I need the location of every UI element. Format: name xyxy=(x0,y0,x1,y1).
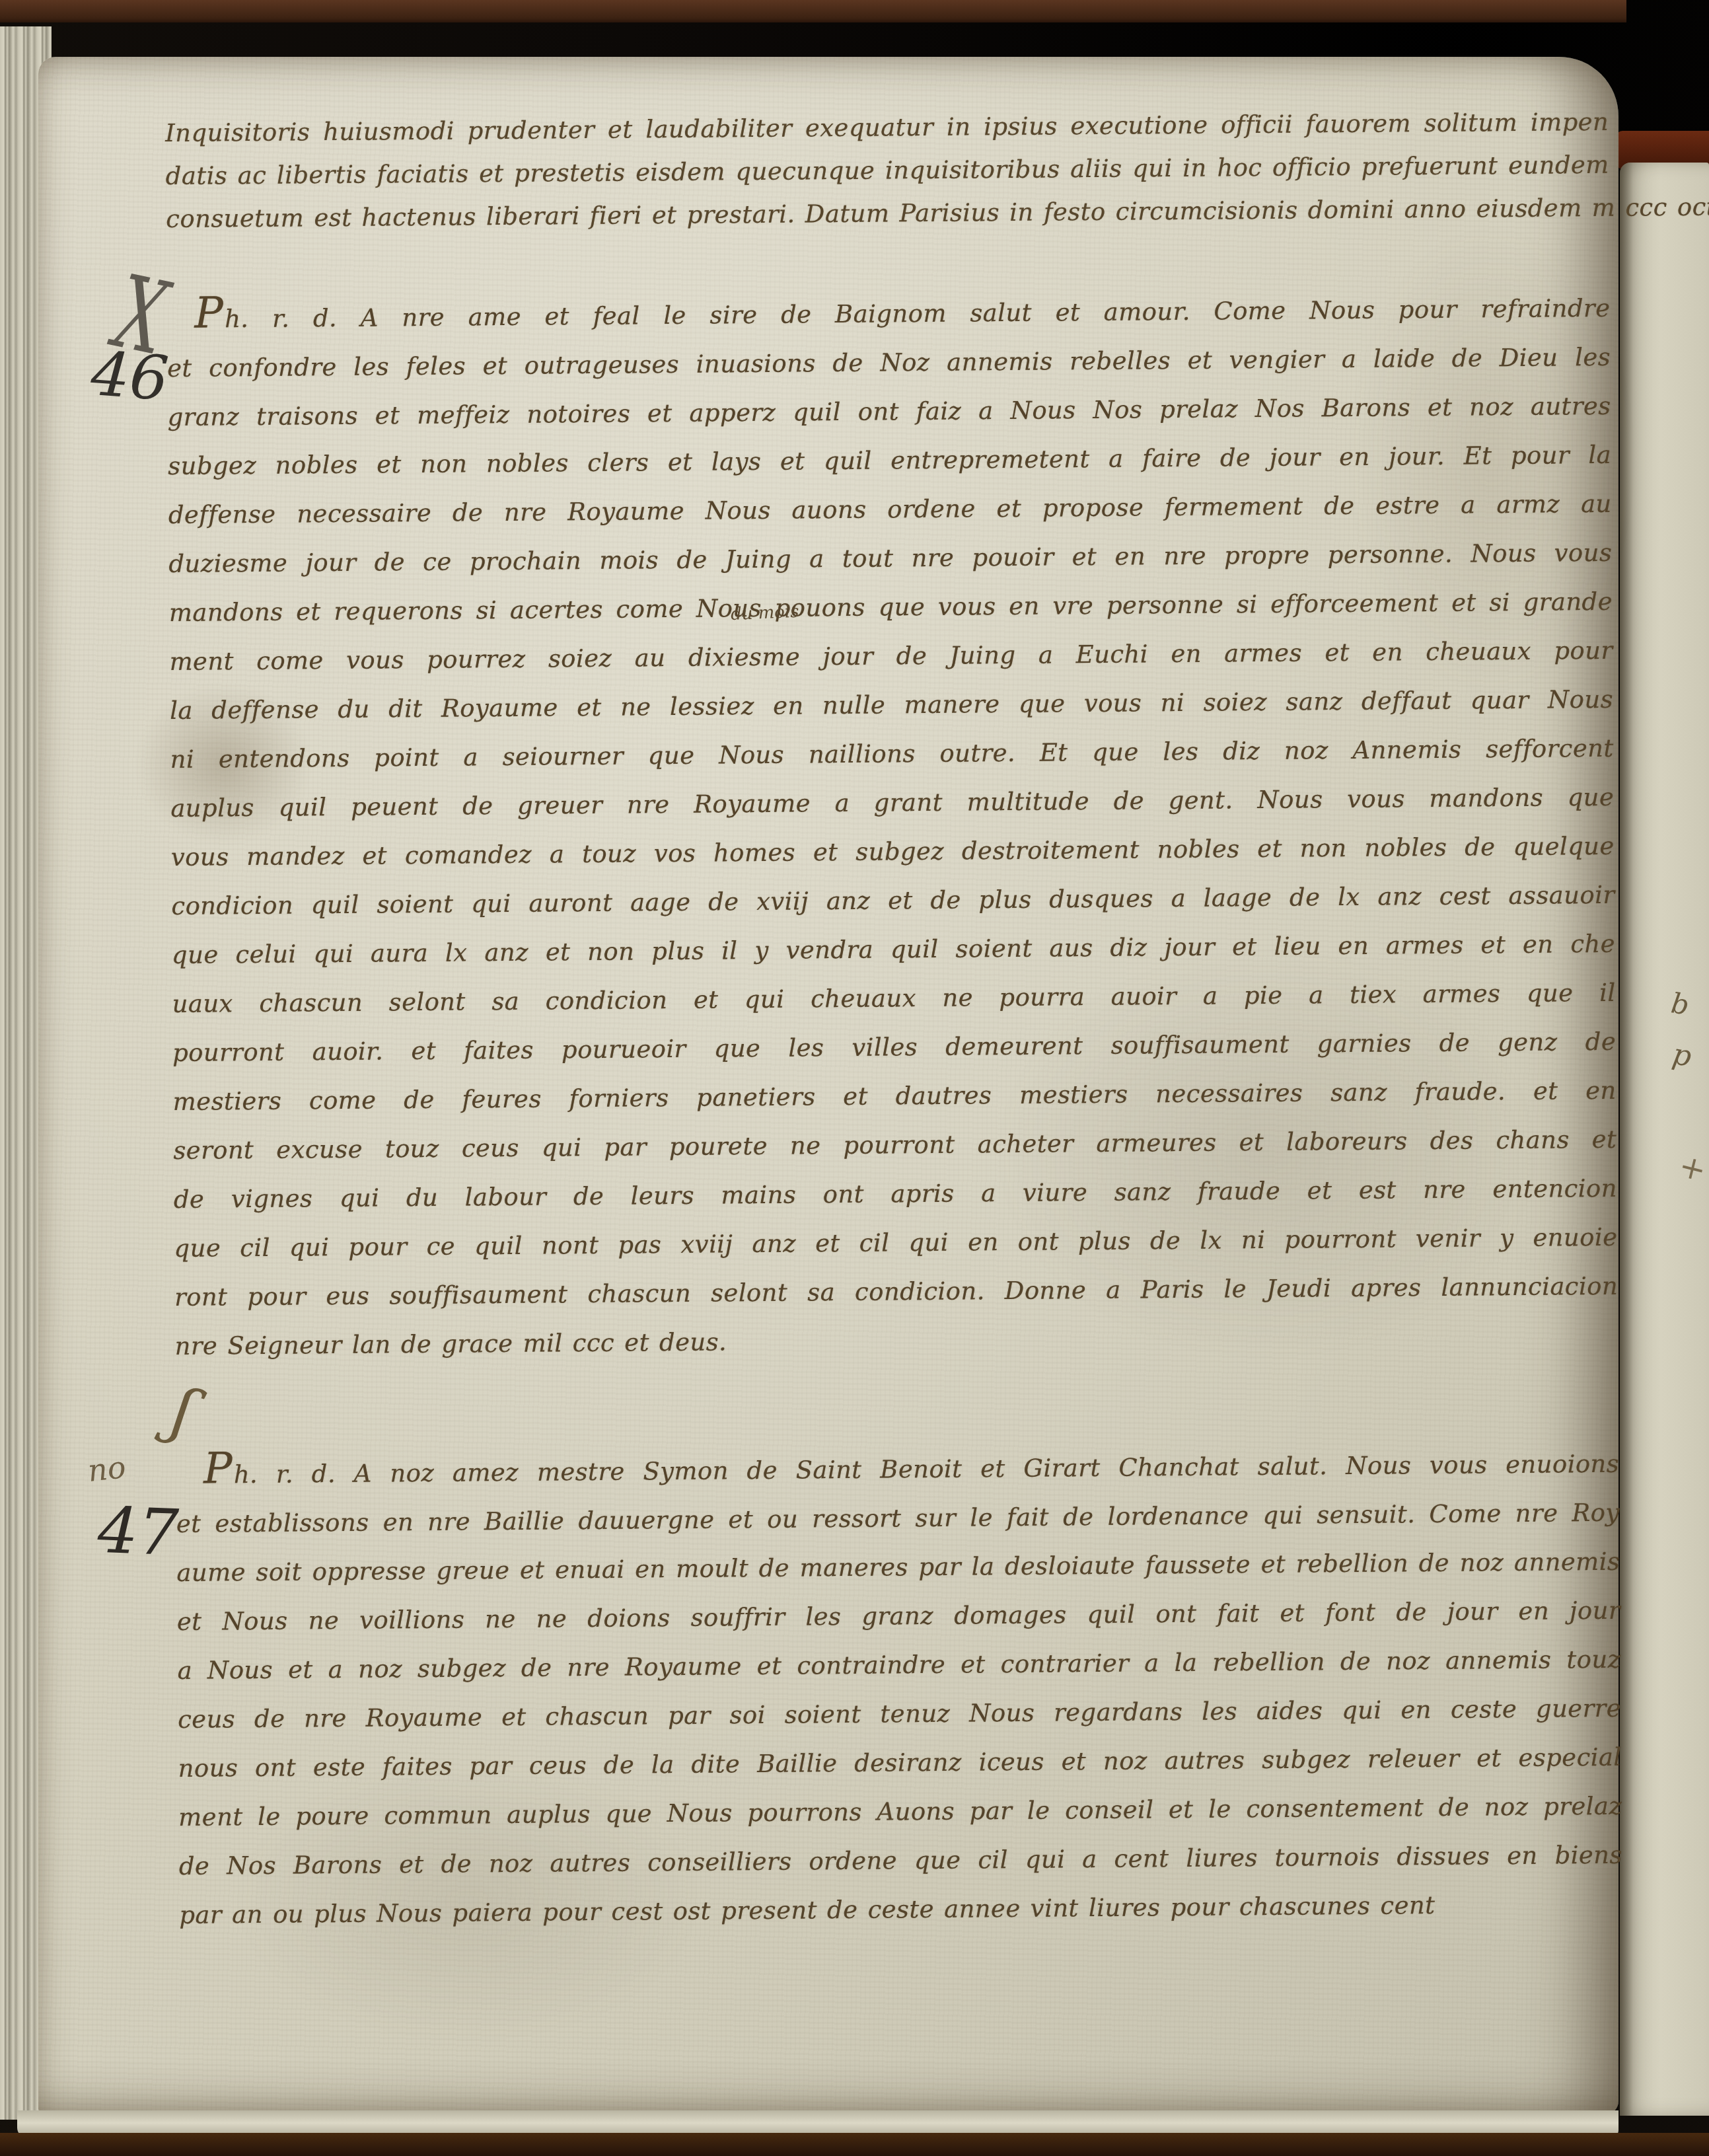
interlinear-addition: du mois xyxy=(730,602,799,624)
letter-paragraph-46: Ph. r. d. A nre ame et feal le sire de B… xyxy=(166,278,1618,1371)
margin-number-46: 46 xyxy=(89,338,170,414)
binding-leather-top xyxy=(0,0,1626,22)
text-line: nre Seigneur lan de grace mil ccc et deu… xyxy=(174,1311,1618,1371)
margin-note-no: no xyxy=(86,1449,127,1489)
facing-page-edge xyxy=(1620,163,1709,2116)
text-line: par an ou plus Nous paiera pour cest ost… xyxy=(179,1880,1623,1940)
letter-paragraph-47: Ph. r. d. A noz amez mestre Symon de Sai… xyxy=(176,1434,1623,1940)
manuscript-photo: b p + Inquisitoris huiusmodi prudenter e… xyxy=(0,0,1709,2156)
binding-leather-bottom xyxy=(0,2133,1709,2156)
latin-paragraph: Inquisitoris huiusmodi prudenter et laud… xyxy=(165,100,1609,241)
manuscript-page: Inquisitoris huiusmodi prudenter et laud… xyxy=(38,57,1618,2114)
text-block: Inquisitoris huiusmodi prudenter et laud… xyxy=(165,100,1623,1940)
margin-number-47: 47 xyxy=(96,1493,180,1570)
